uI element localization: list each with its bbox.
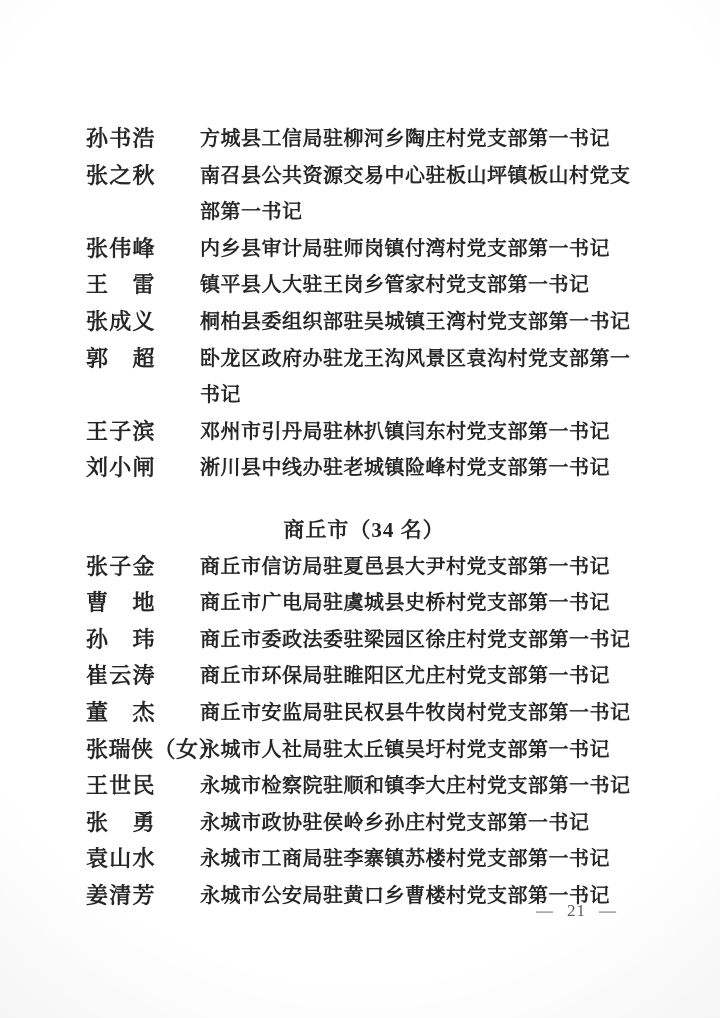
entry-name-text: 张勇	[86, 805, 155, 842]
entry-description: 商丘市环保局驻睢阳区尤庄村党支部第一书记	[200, 658, 640, 695]
entry-name-text: 袁山水	[86, 841, 155, 878]
entry-name: 王雷	[86, 267, 200, 304]
entry-description: 方城县工信局驻柳河乡陶庄村党支部第一书记	[200, 121, 640, 158]
entry-description: 永城市检察院驻顺和镇李大庄村党支部第一书记	[200, 768, 640, 805]
entry-name-text: 王雷	[86, 267, 155, 304]
entry-name-text: 刘小闸	[86, 450, 155, 487]
entry-name-text: 张子金	[86, 549, 155, 586]
entry-description: 商丘市信访局驻夏邑县大尹村党支部第一书记	[200, 549, 640, 586]
entry-description: 商丘市广电局驻虞城县史桥村党支部第一书记	[200, 585, 640, 622]
entry-name-text: 张伟峰	[86, 231, 155, 268]
entry-description: 邓州市引丹局驻林扒镇闫东村党支部第一书记	[200, 414, 640, 451]
entry-name-text: 王世民	[86, 768, 155, 805]
footer-dash-right: —	[599, 901, 617, 921]
entry-description: 淅川县中线办驻老城镇险峰村党支部第一书记	[200, 450, 640, 487]
roster-entry: 郭超 卧龙区政府办驻龙王沟风景区袁沟村党支部第一书记	[86, 341, 642, 414]
entry-name-text: 孙书浩	[86, 121, 155, 158]
roster-entry: 张伟峰 内乡县审计局驻师岗镇付湾村党支部第一书记	[86, 231, 642, 268]
entry-description: 南召县公共资源交易中心驻板山坪镇板山村党支部第一书记	[200, 158, 640, 231]
entry-name: 张伟峰	[86, 231, 200, 268]
roster-entry: 董杰 商丘市安监局驻民权县牛牧岗村党支部第一书记	[86, 695, 642, 732]
roster-entry: 张勇 永城市政协驻侯岭乡孙庄村党支部第一书记	[86, 805, 642, 842]
entry-name-text: 张之秋	[86, 158, 155, 195]
page-footer: — 21 —	[536, 901, 617, 921]
entry-description: 永城市人社局驻太丘镇吴圩村党支部第一书记	[200, 732, 640, 769]
entry-name: 王世民	[86, 768, 200, 805]
roster-entry: 张成义 桐柏县委组织部驻吴城镇王湾村党支部第一书记	[86, 304, 642, 341]
entry-description: 桐柏县委组织部驻吴城镇王湾村党支部第一书记	[200, 304, 640, 341]
roster-entry: 崔云涛 商丘市环保局驻睢阳区尤庄村党支部第一书记	[86, 658, 642, 695]
entry-name: 袁山水	[86, 841, 200, 878]
roster-entry: 王子滨 邓州市引丹局驻林扒镇闫东村党支部第一书记	[86, 414, 642, 451]
page-number: 21	[567, 901, 586, 921]
footer-dash-left: —	[536, 901, 554, 921]
entry-description: 永城市政协驻侯岭乡孙庄村党支部第一书记	[200, 805, 640, 842]
roster-entry: 张子金 商丘市信访局驻夏邑县大尹村党支部第一书记	[86, 549, 642, 586]
entry-description: 商丘市委政法委驻梁园区徐庄村党支部第一书记	[200, 622, 640, 659]
entry-name-text: 崔云涛	[86, 658, 155, 695]
entry-name: 张成义	[86, 304, 200, 341]
roster-entry: 孙玮 商丘市委政法委驻梁园区徐庄村党支部第一书记	[86, 622, 642, 659]
entry-description: 永城市工商局驻李寨镇苏楼村党支部第一书记	[200, 841, 640, 878]
roster-entry: 张瑞侠（女） 永城市人社局驻太丘镇吴圩村党支部第一书记	[86, 732, 642, 769]
entry-name: 张瑞侠（女）	[86, 732, 200, 769]
roster-entry: 袁山水 永城市工商局驻李寨镇苏楼村党支部第一书记	[86, 841, 642, 878]
roster-entry: 张之秋 南召县公共资源交易中心驻板山坪镇板山村党支部第一书记	[86, 158, 642, 231]
entry-description: 内乡县审计局驻师岗镇付湾村党支部第一书记	[200, 231, 640, 268]
entry-name-text: 曹地	[86, 585, 155, 622]
roster-entry: 王世民 永城市检察院驻顺和镇李大庄村党支部第一书记	[86, 768, 642, 805]
entry-description: 镇平县人大驻王岗乡管家村党支部第一书记	[200, 267, 640, 304]
entry-name: 张子金	[86, 549, 200, 586]
entry-name: 姜清芳	[86, 878, 200, 915]
entry-name-text: 郭超	[86, 341, 155, 378]
entry-name: 崔云涛	[86, 658, 200, 695]
entry-name: 孙书浩	[86, 121, 200, 158]
entry-name-text: 张成义	[86, 304, 155, 341]
roster-entry: 孙书浩 方城县工信局驻柳河乡陶庄村党支部第一书记	[86, 121, 642, 158]
roster-entry: 曹地 商丘市广电局驻虞城县史桥村党支部第一书记	[86, 585, 642, 622]
document-page: 孙书浩 方城县工信局驻柳河乡陶庄村党支部第一书记 张之秋 南召县公共资源交易中心…	[0, 0, 720, 1018]
entry-name: 孙玮	[86, 622, 200, 659]
entry-name: 曹地	[86, 585, 200, 622]
entry-name-text: 王子滨	[86, 414, 155, 451]
roster-content: 孙书浩 方城县工信局驻柳河乡陶庄村党支部第一书记 张之秋 南召县公共资源交易中心…	[86, 121, 642, 914]
roster-entry: 刘小闸 淅川县中线办驻老城镇险峰村党支部第一书记	[86, 450, 642, 487]
roster-entry: 王雷 镇平县人大驻王岗乡管家村党支部第一书记	[86, 267, 642, 304]
entry-name: 刘小闸	[86, 450, 200, 487]
entry-name: 董杰	[86, 695, 200, 732]
entry-name-text: 董杰	[86, 695, 155, 732]
entry-description: 卧龙区政府办驻龙王沟风景区袁沟村党支部第一书记	[200, 341, 640, 414]
entry-name: 张之秋	[86, 158, 200, 195]
entry-name-text: 姜清芳	[86, 878, 155, 915]
entry-name: 郭超	[86, 341, 200, 378]
entry-name: 王子滨	[86, 414, 200, 451]
entry-name-text: 孙玮	[86, 622, 155, 659]
entry-description: 商丘市安监局驻民权县牛牧岗村党支部第一书记	[200, 695, 640, 732]
section-title-shangqiu: 商丘市（34 名）	[86, 512, 642, 549]
entry-name: 张勇	[86, 805, 200, 842]
